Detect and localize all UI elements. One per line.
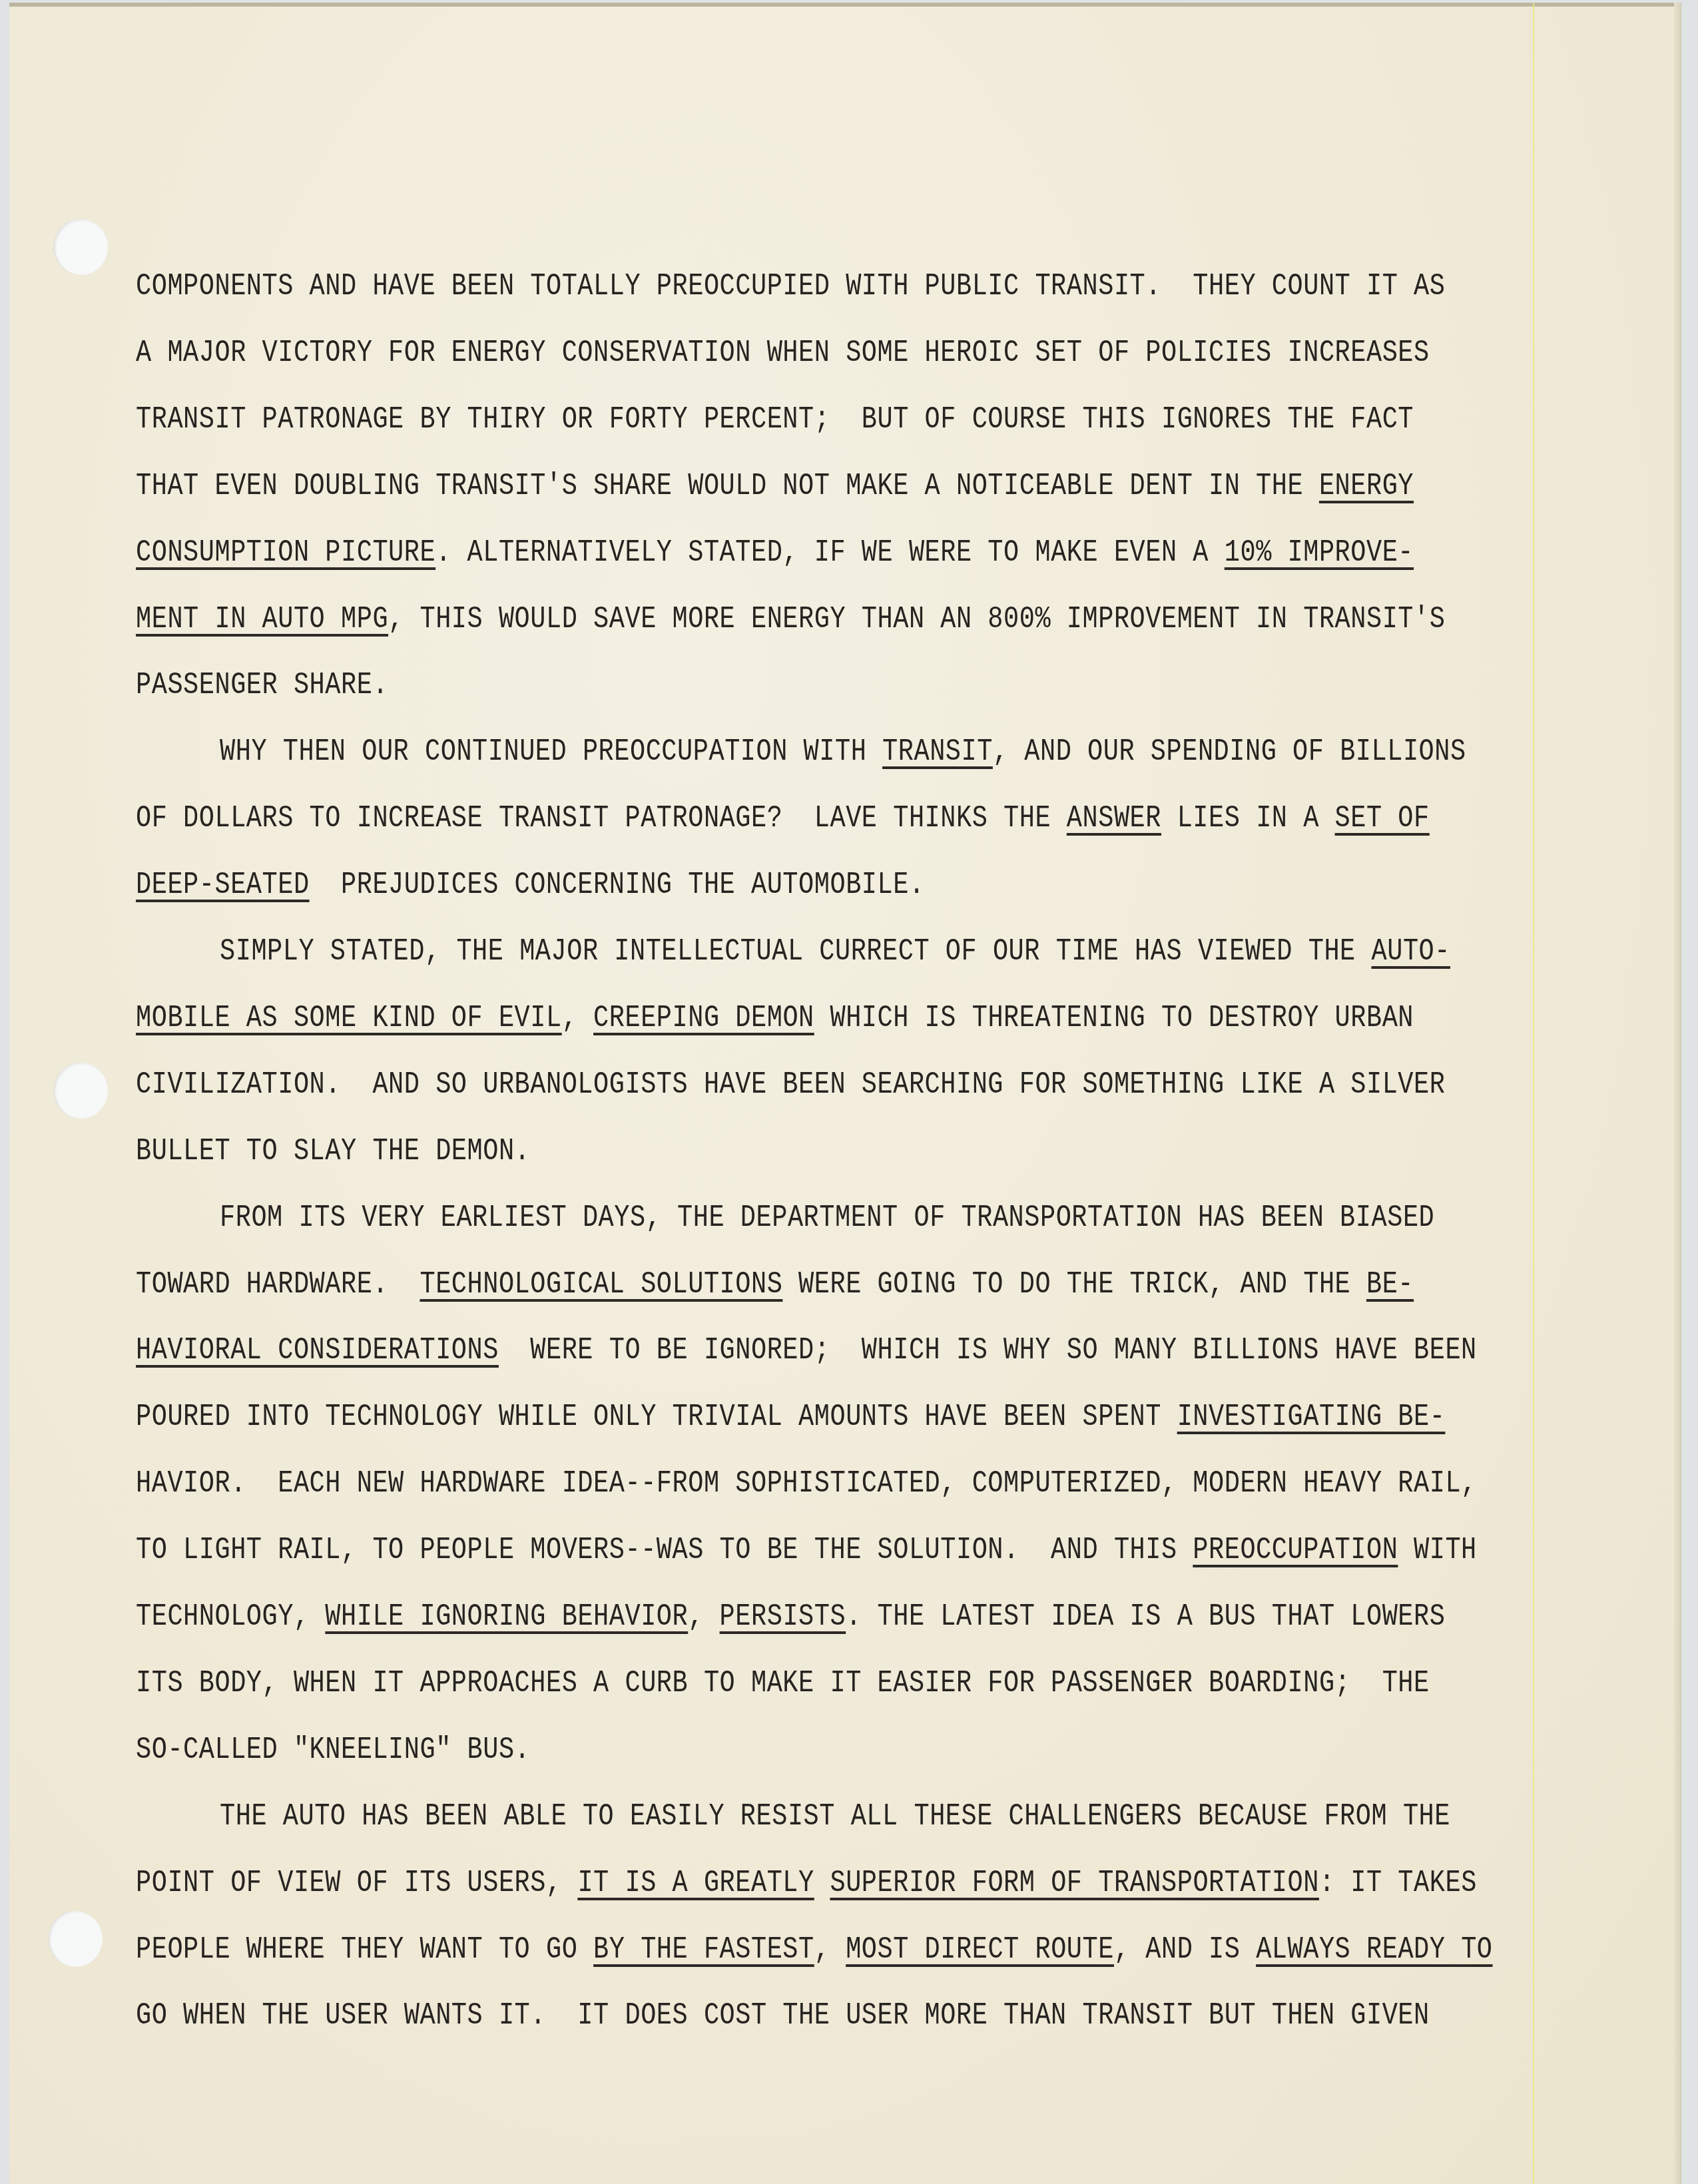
text-line: DEEP-SEATED PREJUDICES CONCERNING THE AU… xyxy=(136,866,925,904)
text-run: WERE TO BE IGNORED; WHICH IS WHY SO MANY… xyxy=(499,1333,1477,1368)
text-run: TRANSIT PATRONAGE BY THIRY OR FORTY PERC… xyxy=(136,402,1414,437)
text-line: POURED INTO TECHNOLOGY WHILE ONLY TRIVIA… xyxy=(136,1398,1445,1436)
text-run: , THIS WOULD SAVE MORE ENERGY THAN AN 80… xyxy=(388,602,1445,637)
text-run: TOWARD HARDWARE. xyxy=(136,1267,420,1302)
underlined-phrase: WHILE IGNORING BEHAVIOR xyxy=(325,1599,688,1634)
text-line: PEOPLE WHERE THEY WANT TO GO BY THE FAST… xyxy=(136,1931,1493,1968)
text-run: . ALTERNATIVELY STATED, IF WE WERE TO MA… xyxy=(435,535,1225,570)
underlined-phrase: TRANSIT xyxy=(882,734,993,769)
underlined-phrase: BY THE FASTEST xyxy=(593,1932,814,1967)
underlined-phrase: CONSUMPTION PICTURE xyxy=(136,535,435,570)
text-run: , xyxy=(814,1932,846,1967)
text-run: ITS BODY, WHEN IT APPROACHES A CURB TO M… xyxy=(136,1666,1430,1701)
text-run: WITH xyxy=(1398,1533,1476,1567)
text-run: PEOPLE WHERE THEY WANT TO GO xyxy=(136,1932,593,1967)
page-right-edge xyxy=(1674,3,1681,2184)
underlined-phrase: 10% IMPROVE- xyxy=(1225,535,1414,570)
text-run: WHY THEN OUR CONTINUED PREOCCUPATION WIT… xyxy=(220,734,882,769)
text-run: TO LIGHT RAIL, TO PEOPLE MOVERS--WAS TO … xyxy=(136,1533,1193,1567)
underlined-phrase: DEEP-SEATED xyxy=(136,868,310,902)
text-run: : IT TAKES xyxy=(1319,1866,1477,1900)
paragraph-first-line: WHY THEN OUR CONTINUED PREOCCUPATION WIT… xyxy=(220,733,1466,770)
underlined-phrase: INVESTIGATING BE- xyxy=(1177,1400,1446,1434)
text-run: PASSENGER SHARE. xyxy=(136,668,388,702)
text-run: POURED INTO TECHNOLOGY WHILE ONLY TRIVIA… xyxy=(136,1400,1177,1434)
text-run: , AND OUR SPENDING OF BILLIONS xyxy=(993,734,1466,769)
text-run: FROM ITS VERY EARLIEST DAYS, THE DEPARTM… xyxy=(220,1201,1434,1235)
right-margin-rule xyxy=(1533,3,1534,2184)
underlined-phrase: HAVIORAL CONSIDERATIONS xyxy=(136,1333,499,1368)
text-line: MOBILE AS SOME KIND OF EVIL, CREEPING DE… xyxy=(136,999,1414,1037)
text-line: TO LIGHT RAIL, TO PEOPLE MOVERS--WAS TO … xyxy=(136,1531,1477,1569)
underlined-phrase: MOST DIRECT ROUTE xyxy=(846,1932,1114,1967)
text-run: PREJUDICES CONCERNING THE AUTOMOBILE. xyxy=(310,868,925,902)
underlined-phrase: ENERGY xyxy=(1319,469,1414,503)
text-run: COMPONENTS AND HAVE BEEN TOTALLY PREOCCU… xyxy=(136,269,1445,304)
text-run: , xyxy=(688,1599,719,1634)
underlined-phrase: IT IS A GREATLY xyxy=(577,1866,814,1900)
text-run: POINT OF VIEW OF ITS USERS, xyxy=(136,1866,577,1900)
underlined-phrase: ANSWER xyxy=(1067,801,1161,836)
punch-hole-icon xyxy=(55,1063,108,1119)
text-line: PASSENGER SHARE. xyxy=(136,667,388,704)
underlined-phrase: SUPERIOR FORM OF TRANSPORTATION xyxy=(830,1866,1318,1900)
text-run: LIES IN A xyxy=(1161,801,1335,836)
underlined-phrase: MENT IN AUTO MPG xyxy=(136,602,388,637)
paragraph-first-line: THE AUTO HAS BEEN ABLE TO EASILY RESIST … xyxy=(220,1798,1450,1835)
text-run: BULLET TO SLAY THE DEMON. xyxy=(136,1134,530,1169)
underlined-phrase: TECHNOLOGICAL SOLUTIONS xyxy=(420,1267,782,1302)
underlined-phrase: PERSISTS xyxy=(720,1599,846,1634)
text-line: POINT OF VIEW OF ITS USERS, IT IS A GREA… xyxy=(136,1864,1477,1902)
text-line: COMPONENTS AND HAVE BEEN TOTALLY PREOCCU… xyxy=(136,268,1445,305)
document-page: COMPONENTS AND HAVE BEEN TOTALLY PREOCCU… xyxy=(9,3,1681,2184)
underlined-phrase: PREOCCUPATION xyxy=(1193,1533,1398,1567)
text-run: CIVILIZATION. AND SO URBANOLOGISTS HAVE … xyxy=(136,1067,1445,1102)
text-run: HAVIOR. EACH NEW HARDWARE IDEA--FROM SOP… xyxy=(136,1466,1477,1501)
text-run: OF DOLLARS TO INCREASE TRANSIT PATRONAGE… xyxy=(136,801,1067,836)
text-line: GO WHEN THE USER WANTS IT. IT DOES COST … xyxy=(136,1997,1430,2034)
text-run: GO WHEN THE USER WANTS IT. IT DOES COST … xyxy=(136,1998,1430,2033)
text-run: , xyxy=(562,1001,593,1035)
text-line: TRANSIT PATRONAGE BY THIRY OR FORTY PERC… xyxy=(136,401,1414,438)
underlined-phrase: SET OF xyxy=(1335,801,1430,836)
text-run: WHICH IS THREATENING TO DESTROY URBAN xyxy=(814,1001,1414,1035)
text-run: A MAJOR VICTORY FOR ENERGY CONSERVATION … xyxy=(136,336,1430,370)
text-line: OF DOLLARS TO INCREASE TRANSIT PATRONAGE… xyxy=(136,800,1430,837)
punch-hole-icon xyxy=(55,219,108,275)
underlined-phrase: BE- xyxy=(1366,1267,1414,1302)
text-run: , AND IS xyxy=(1114,1932,1256,1967)
text-line: THAT EVEN DOUBLING TRANSIT'S SHARE WOULD… xyxy=(136,467,1414,505)
page-top-edge xyxy=(9,3,1681,7)
paragraph-first-line: FROM ITS VERY EARLIEST DAYS, THE DEPARTM… xyxy=(220,1199,1434,1236)
text-run: SO-CALLED "KNEELING" BUS. xyxy=(136,1733,530,1767)
text-line: A MAJOR VICTORY FOR ENERGY CONSERVATION … xyxy=(136,334,1430,372)
paragraph-first-line: SIMPLY STATED, THE MAJOR INTELLECTUAL CU… xyxy=(220,933,1450,970)
text-run: SIMPLY STATED, THE MAJOR INTELLECTUAL CU… xyxy=(220,934,1372,969)
underlined-phrase: MOBILE AS SOME KIND OF EVIL xyxy=(136,1001,562,1035)
text-line: CIVILIZATION. AND SO URBANOLOGISTS HAVE … xyxy=(136,1066,1445,1103)
text-run: TECHNOLOGY, xyxy=(136,1599,325,1634)
text-run xyxy=(814,1866,830,1900)
text-line: SO-CALLED "KNEELING" BUS. xyxy=(136,1731,530,1769)
text-run: WERE GOING TO DO THE TRICK, AND THE xyxy=(782,1267,1366,1302)
text-line: HAVIOR. EACH NEW HARDWARE IDEA--FROM SOP… xyxy=(136,1465,1477,1502)
text-line: TOWARD HARDWARE. TECHNOLOGICAL SOLUTIONS… xyxy=(136,1266,1414,1303)
text-line: MENT IN AUTO MPG, THIS WOULD SAVE MORE E… xyxy=(136,601,1445,638)
underlined-phrase: ALWAYS READY TO xyxy=(1256,1932,1492,1967)
underlined-phrase: AUTO- xyxy=(1372,934,1450,969)
text-line: CONSUMPTION PICTURE. ALTERNATIVELY STATE… xyxy=(136,534,1414,571)
text-line: TECHNOLOGY, WHILE IGNORING BEHAVIOR, PER… xyxy=(136,1598,1445,1635)
text-run: . THE LATEST IDEA IS A BUS THAT LOWERS xyxy=(846,1599,1445,1634)
text-line: HAVIORAL CONSIDERATIONS WERE TO BE IGNOR… xyxy=(136,1332,1477,1369)
punch-hole-icon xyxy=(49,1911,103,1967)
text-run: THAT EVEN DOUBLING TRANSIT'S SHARE WOULD… xyxy=(136,469,1319,503)
underlined-phrase: CREEPING DEMON xyxy=(593,1001,814,1035)
text-line: ITS BODY, WHEN IT APPROACHES A CURB TO M… xyxy=(136,1665,1430,1702)
text-line: BULLET TO SLAY THE DEMON. xyxy=(136,1133,530,1170)
text-run: THE AUTO HAS BEEN ABLE TO EASILY RESIST … xyxy=(220,1799,1450,1834)
